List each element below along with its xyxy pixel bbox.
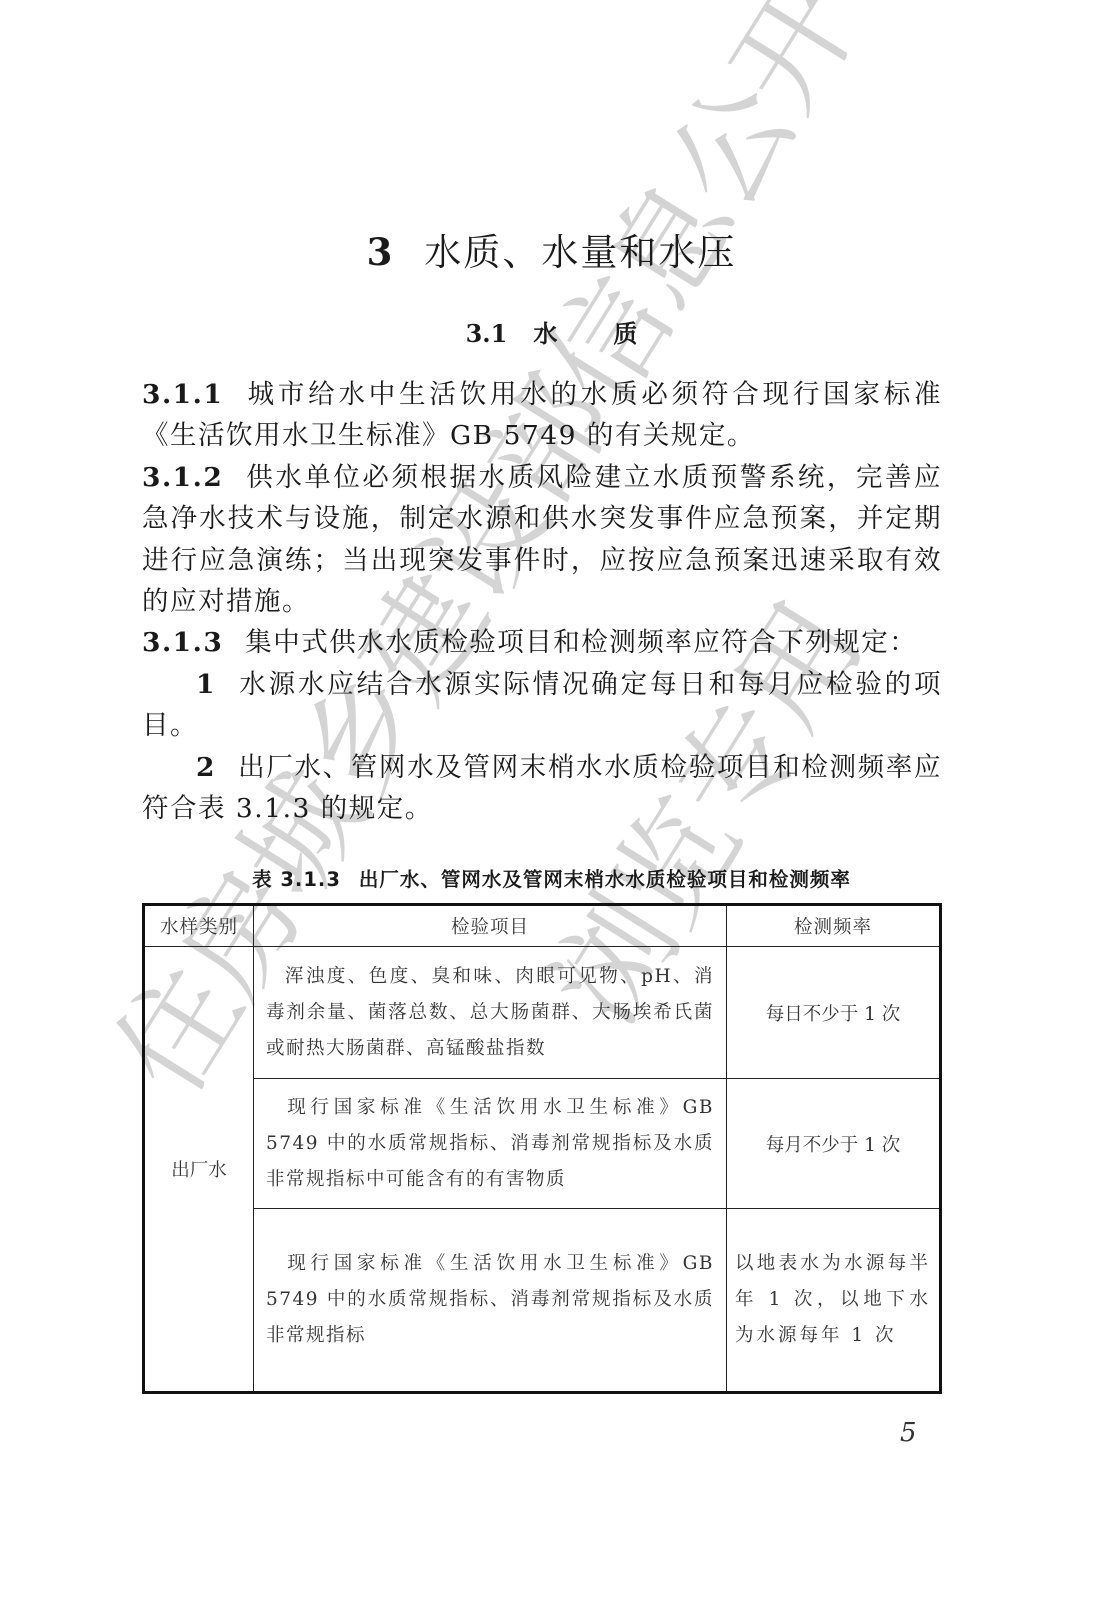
items-text: 现行国家标准《生活饮用水卫生标准》GB 5749 中的水质常规指标、消毒剂常规指… (266, 1097, 714, 1190)
header-sample-type: 水样类别 (144, 905, 254, 947)
table-caption-number: 表 3.1.3 (252, 868, 341, 891)
section-title-part-2: 质 (613, 319, 637, 348)
clause-3-1-1: 3.1.1城市给水中生活饮用水的水质必须符合现行国家标准《生活饮用水卫生标准》G… (142, 374, 942, 457)
frequency-cell: 每日不少于 1 次 (727, 947, 941, 1079)
table-row: 出厂水 浑浊度、色度、臭和味、肉眼可见物、pH、消毒剂余量、菌落总数、总大肠菌群… (144, 947, 941, 1079)
clause-3-1-3: 3.1.3集中式供水水质检验项目和检测频率应符合下列规定： (142, 622, 942, 663)
table-header-row: 水样类别 检验项目 检测频率 (144, 905, 941, 947)
header-inspection-items: 检验项目 (254, 905, 727, 947)
table-caption-title: 出厂水、管网水及管网末梢水水质检验项目和检测频率 (359, 868, 851, 891)
items-cell: 浑浊度、色度、臭和味、肉眼可见物、pH、消毒剂余量、菌落总数、总大肠菌群、大肠埃… (254, 947, 727, 1079)
page-number: 5 (900, 1418, 917, 1448)
table-row: 现行国家标准《生活饮用水卫生标准》GB 5749 中的水质常规指标、消毒剂常规指… (144, 1209, 941, 1393)
chapter-number: 3 (367, 230, 395, 274)
item-text: 出厂水、管网水及管网末梢水水质检验项目和检测频率应符合表 3.1.3 的规定。 (142, 752, 942, 824)
item-1: 1水源水应结合水源实际情况确定每日和每月应检验的项目。 (142, 664, 942, 747)
frequency-cell: 每月不少于 1 次 (727, 1079, 941, 1209)
clause-text: 集中式供水水质检验项目和检测频率应符合下列规定： (245, 627, 917, 658)
item-number: 2 (196, 752, 216, 783)
item-text: 水源水应结合水源实际情况确定每日和每月应检验的项目。 (142, 669, 942, 741)
clause-text: 城市给水中生活饮用水的水质必须符合现行国家标准《生活饮用水卫生标准》GB 574… (142, 379, 942, 451)
items-cell: 现行国家标准《生活饮用水卫生标准》GB 5749 中的水质常规指标、消毒剂常规指… (254, 1079, 727, 1209)
header-frequency: 检测频率 (727, 905, 941, 947)
body-text: 3.1.1城市给水中生活饮用水的水质必须符合现行国家标准《生活饮用水卫生标准》G… (142, 374, 942, 829)
items-text: 浑浊度、色度、臭和味、肉眼可见物、pH、消毒剂余量、菌落总数、总大肠菌群、大肠埃… (266, 966, 714, 1059)
clause-number: 3.1.1 (142, 379, 223, 410)
chapter-title-text: 水质、水量和水压 (424, 231, 736, 274)
clause-number: 3.1.2 (142, 462, 223, 493)
chapter-title: 3水质、水量和水压 (0, 222, 1103, 276)
sample-type-cell: 出厂水 (144, 947, 254, 1393)
items-cell: 现行国家标准《生活饮用水卫生标准》GB 5749 中的水质常规指标、消毒剂常规指… (254, 1209, 727, 1393)
section-number: 3.1 (466, 319, 508, 348)
section-title: 3.1水质 (0, 314, 1103, 349)
item-2: 2出厂水、管网水及管网末梢水水质检验项目和检测频率应符合表 3.1.3 的规定。 (142, 747, 942, 830)
table-caption: 表 3.1.3出厂水、管网水及管网末梢水水质检验项目和检测频率 (0, 864, 1103, 892)
clause-number: 3.1.3 (142, 627, 223, 658)
clause-text: 供水单位必须根据水质风险建立水质预警系统，完善应急净水技术与设施，制定水源和供水… (142, 462, 942, 617)
frequency-cell: 以地表水为水源每半年 1 次，以地下水为水源每年 1 次 (727, 1209, 941, 1393)
item-number: 1 (196, 669, 216, 700)
clause-3-1-2: 3.1.2供水单位必须根据水质风险建立水质预警系统，完善应急净水技术与设施，制定… (142, 457, 942, 623)
inspection-table: 水样类别 检验项目 检测频率 出厂水 浑浊度、色度、臭和味、肉眼可见物、pH、消… (142, 903, 942, 1394)
table-row: 现行国家标准《生活饮用水卫生标准》GB 5749 中的水质常规指标、消毒剂常规指… (144, 1079, 941, 1209)
section-title-part-1: 水 (533, 319, 557, 348)
items-text: 现行国家标准《生活饮用水卫生标准》GB 5749 中的水质常规指标、消毒剂常规指… (266, 1253, 714, 1346)
